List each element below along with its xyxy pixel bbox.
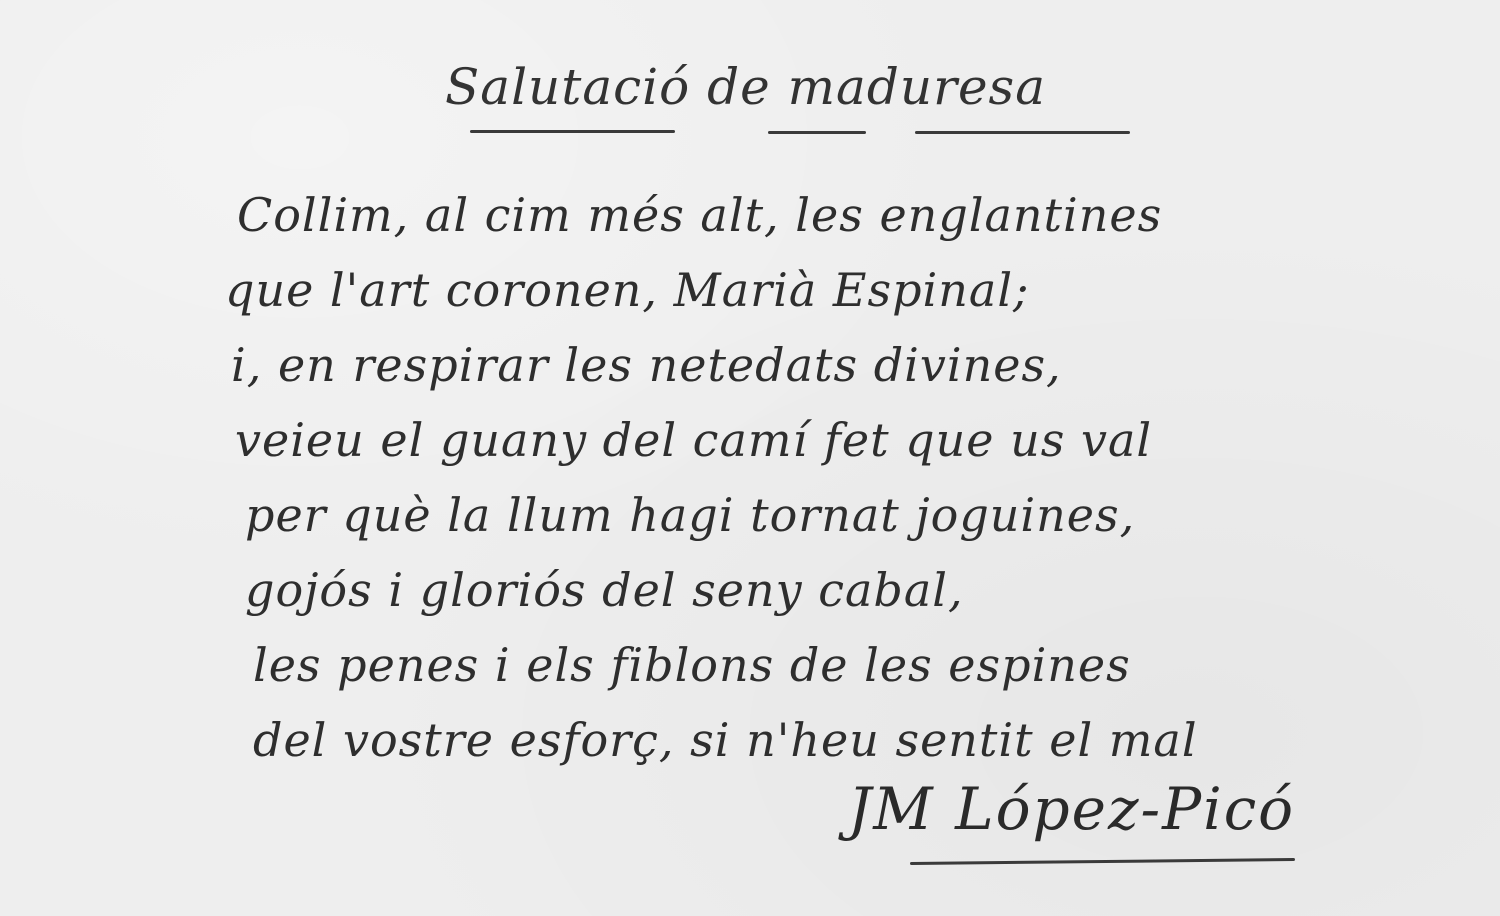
poem-line: i, en respirar les netedats divines, [225, 328, 1425, 403]
poem-line: per què la llum hagi tornat joguines, [225, 478, 1425, 553]
poem-line: Collim, al cim més alt, les englantines [225, 178, 1425, 253]
poem-line: gojós i gloriós del seny cabal, [225, 553, 1425, 628]
poem-line: que l'art coronen, Marià Espinal; [225, 253, 1425, 328]
title-underline-3 [915, 131, 1130, 134]
poem-line: del vostre esforç, si n'heu sentit el ma… [225, 703, 1425, 778]
author-signature: JM López-Picó [848, 775, 1295, 843]
signature-underline [910, 858, 1295, 865]
poem-line: les penes i els fiblons de les espines [225, 628, 1425, 703]
title-underline-2 [768, 131, 866, 134]
poem-title: Salutació de maduresa [445, 58, 1175, 116]
poem-line: veieu el guany del camí fet que us val [225, 403, 1425, 478]
title-underline-1 [470, 130, 675, 133]
poem-body: Collim, al cim més alt, les englantines … [225, 178, 1425, 778]
manuscript-page: Salutació de maduresa Collim, al cim més… [0, 0, 1500, 916]
